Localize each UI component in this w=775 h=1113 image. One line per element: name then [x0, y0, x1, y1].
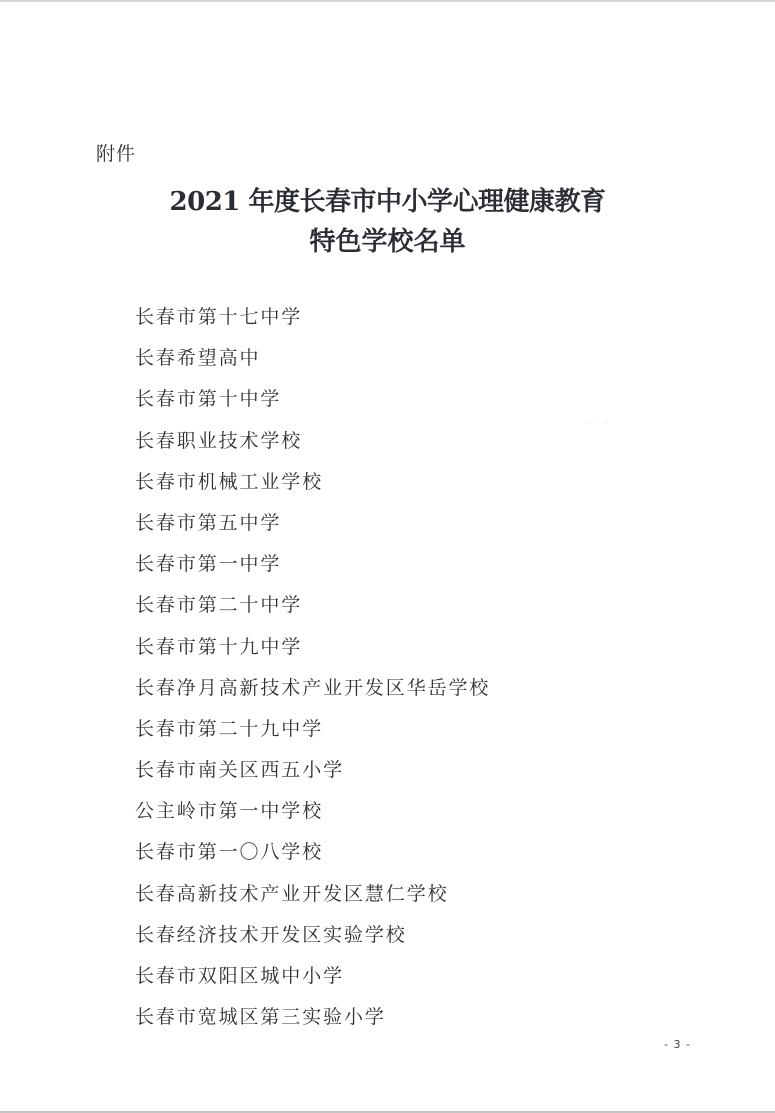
attachment-label: 附件	[96, 139, 136, 166]
scan-artifact: · ˙ ·	[588, 419, 612, 427]
list-item: 长春市第二十中学	[135, 591, 490, 632]
list-item: 长春市宽城区第三实验小学	[135, 1003, 490, 1044]
list-item: 长春市双阳区城中小学	[135, 962, 490, 1003]
list-item: 长春职业技术学校	[135, 427, 490, 468]
list-item: 长春市第一中学	[135, 550, 490, 591]
list-item: 长春市第十九中学	[135, 633, 490, 674]
list-item: 长春市第十中学	[135, 385, 490, 426]
list-item: 长春市第十七中学	[135, 303, 490, 344]
list-item: 长春市南关区西五小学	[135, 756, 490, 797]
document-title-line-1: 2021 年度长春市中小学心理健康教育	[0, 181, 775, 218]
list-item: 长春净月高新技术产业开发区华岳学校	[135, 674, 490, 715]
list-item: 长春市机械工业学校	[135, 468, 490, 509]
page-number: - 3 -	[664, 1038, 691, 1051]
list-item: 长春市第二十九中学	[135, 715, 490, 756]
list-item: 公主岭市第一中学校	[135, 797, 490, 838]
list-item: 长春希望高中	[135, 344, 490, 385]
document-page: 附件 2021 年度长春市中小学心理健康教育 特色学校名单 长春市第十七中学 长…	[0, 0, 775, 1113]
list-item: 长春高新技术产业开发区慧仁学校	[135, 880, 490, 921]
list-item: 长春经济技术开发区实验学校	[135, 921, 490, 962]
document-title-line-2: 特色学校名单	[0, 221, 775, 258]
list-item: 长春市第五中学	[135, 509, 490, 550]
list-item: 长春市第一〇八学校	[135, 838, 490, 879]
school-list: 长春市第十七中学 长春希望高中 长春市第十中学 长春职业技术学校 长春市机械工业…	[135, 303, 490, 1044]
